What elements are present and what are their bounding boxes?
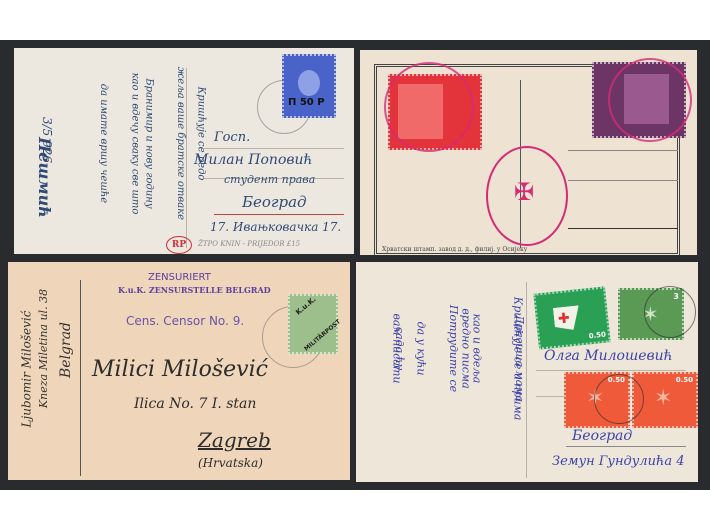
divider-line	[80, 280, 81, 476]
cancel-red	[384, 62, 474, 152]
signature: Пешмић	[35, 137, 54, 218]
postmark	[594, 374, 644, 424]
postcard-bottom-right: Драгиша мама Кришћује се и прима као и в…	[356, 262, 698, 482]
message-block: Драгиша мама Кришћује се и прима као и в…	[366, 272, 526, 472]
recipient-city: Zagreb	[198, 428, 271, 452]
stamp-value: 0.50	[588, 331, 606, 341]
censor-number: Cens. Censor No. 9.	[126, 314, 244, 328]
red-cross-icon: ✚	[557, 310, 570, 327]
message-line: Кришћује се и прима	[511, 297, 524, 421]
star-icon: ✶	[654, 386, 672, 411]
address-city: Београд	[572, 428, 632, 444]
stamp-king-alexander: П 50 Р	[282, 54, 336, 118]
recipient-region: (Hrvatska)	[198, 456, 263, 470]
sender-street: Kneza Miletina ul. 38	[37, 289, 50, 408]
cancel-purple	[608, 58, 692, 142]
recipient-street: Ilica No. 7 I. stan	[134, 396, 256, 412]
address-honorific: Госп.	[214, 130, 250, 145]
address-line	[204, 148, 344, 149]
overprint-text: MILITÄRPOST	[303, 318, 342, 352]
postcard-top-right: ✠ Хрватски штамп. завод д. д., филиј. у …	[360, 50, 697, 255]
sender-name: Ljubomir Milošević	[19, 311, 33, 428]
pencil-annotation: ŽTPO KNIN - PRIJEDOR £15	[198, 240, 300, 248]
address-line	[568, 150, 678, 151]
printer-line: Хрватски штамп. завод д. д., филиј. у Ос…	[382, 246, 527, 253]
stamp-value: 0.50	[676, 376, 693, 384]
message-line: вам писати	[390, 314, 403, 384]
censor-office: K.u.K. ZENSURSTELLE BELGRAD	[118, 285, 271, 295]
message-line: вредно писма	[460, 308, 473, 388]
portrait-icon	[298, 70, 320, 96]
address-line	[568, 228, 678, 229]
address-name: Милан Поповић	[194, 152, 313, 168]
divider-line	[526, 282, 527, 478]
address-street: 17. Ивањковачка 17.	[210, 220, 341, 234]
stamp-red-cross: ✚ 0.50	[533, 286, 610, 349]
message-block: Кришћује се редо жеља ваше братске отвак…	[54, 68, 184, 248]
address-line	[536, 370, 686, 371]
address-name: Олга Милошевић	[544, 348, 673, 364]
message-line: да имате вршу чешће	[98, 84, 109, 203]
vidovdan-commemorative-cancel: ✠	[486, 146, 568, 246]
stamp-surcharge: П 50 Р	[288, 97, 325, 108]
message-line: Потрудите се	[447, 305, 460, 392]
address-street: Земун Гундулића 4	[552, 454, 684, 469]
address-city: Београд	[242, 193, 307, 211]
eagle-icon: ✠	[514, 178, 534, 206]
message-line: жеља ваше братске отваке	[175, 67, 186, 220]
message-line: да у кући	[415, 321, 428, 375]
postcards-photo: 3/5 926 Пешмић Кришћује се редо жеља ваш…	[0, 40, 710, 490]
overprint-text: K.u.K.	[294, 295, 317, 316]
postcard-bottom-left: Ljubomir Milošević Kneza Miletina ul. 38…	[8, 262, 350, 480]
message-line: као и вдечу сваку све што	[129, 73, 140, 215]
address-title: студент права	[224, 173, 315, 186]
postcard-top-left: 3/5 926 Пешмић Кришћује се редо жеља ваш…	[14, 48, 354, 254]
postmark	[644, 286, 696, 338]
censor-stamp: ZENSURIERT	[148, 272, 211, 283]
address-line	[566, 446, 686, 447]
divider-line	[186, 68, 187, 248]
address-line	[568, 180, 678, 181]
sender-city: Belgrad	[58, 322, 74, 378]
address-underline	[214, 214, 344, 215]
dealer-mark: RP	[166, 236, 192, 254]
stamp-green-overprint: K.u.K. MILITÄRPOST	[288, 294, 338, 354]
recipient-name: Milici Milošević	[92, 357, 268, 382]
message-line: Бранимир и нову годину	[144, 78, 155, 208]
